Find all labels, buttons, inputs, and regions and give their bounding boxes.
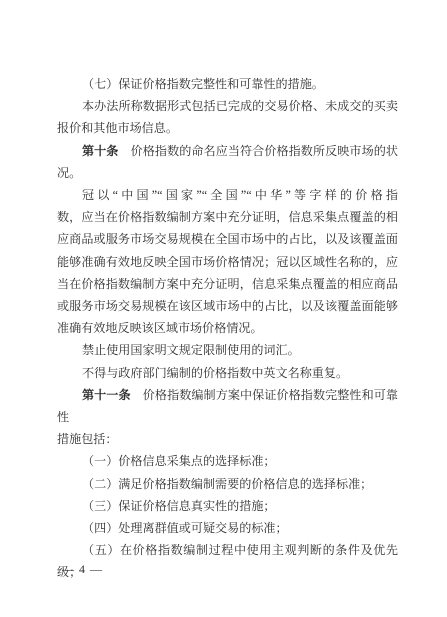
text-line: 准确有效地反映该区域市场价格情况。 [57, 317, 398, 339]
text-line: 本办法所称数据形式包括已完成的交易价格、未成交的买卖 [57, 95, 398, 117]
text-line: 冠以“中国”“国家”“全国”“中华”等字样的价格指 [57, 184, 398, 206]
text-line: （七）保证价格指数完整性和可靠性的措施。 [57, 73, 398, 95]
text-line: 禁止使用国家明文规定限制使用的词汇。 [57, 339, 398, 361]
text-line: 第十条 价格指数的命名应当符合价格指数所反映市场的状 [57, 140, 398, 162]
article-number: 第十条 [82, 144, 118, 158]
text-line: 级； [57, 561, 398, 583]
text-line: （二）满足价格指数编制需要的价格信息的选择标准； [57, 473, 398, 495]
document-body: （七）保证价格指数完整性和可靠性的措施。本办法所称数据形式包括已完成的交易价格、… [57, 73, 398, 584]
text-line: （五）在价格指数编制过程中使用主观判断的条件及优先 [57, 539, 398, 561]
text-line: 应商品或服务市场交易规模在全国市场中的占比，以及该覆盖面 [57, 228, 398, 250]
text-line: 第十一条 价格指数编制方案中保证价格指数完整性和可靠性 [57, 384, 398, 428]
text-line: 报价和其他市场信息。 [57, 117, 398, 139]
text-line: 不得与政府部门编制的价格指数中英文名称重复。 [57, 362, 398, 384]
text-line: 况。 [57, 162, 398, 184]
page-number: — 4 — [62, 562, 103, 577]
text-line: 措施包括： [57, 428, 398, 450]
text-line: 或服务市场交易规模在该区域市场中的占比，以及该覆盖面能够 [57, 295, 398, 317]
text-line: （一）价格信息采集点的选择标准； [57, 450, 398, 472]
document-page: （七）保证价格指数完整性和可靠性的措施。本办法所称数据形式包括已完成的交易价格、… [0, 0, 447, 617]
article-number: 第十一条 [82, 388, 131, 402]
text-line: （三）保证价格信息真实性的措施； [57, 495, 398, 517]
text-line: 能够准确有效地反映全国市场价格情况；冠以区域性名称的，应 [57, 251, 398, 273]
text-line: 当在价格指数编制方案中充分证明，信息采集点覆盖的相应商品 [57, 273, 398, 295]
text-line: （四）处理离群值或可疑交易的标准； [57, 517, 398, 539]
text-line: 数，应当在价格指数编制方案中充分证明，信息采集点覆盖的相 [57, 206, 398, 228]
